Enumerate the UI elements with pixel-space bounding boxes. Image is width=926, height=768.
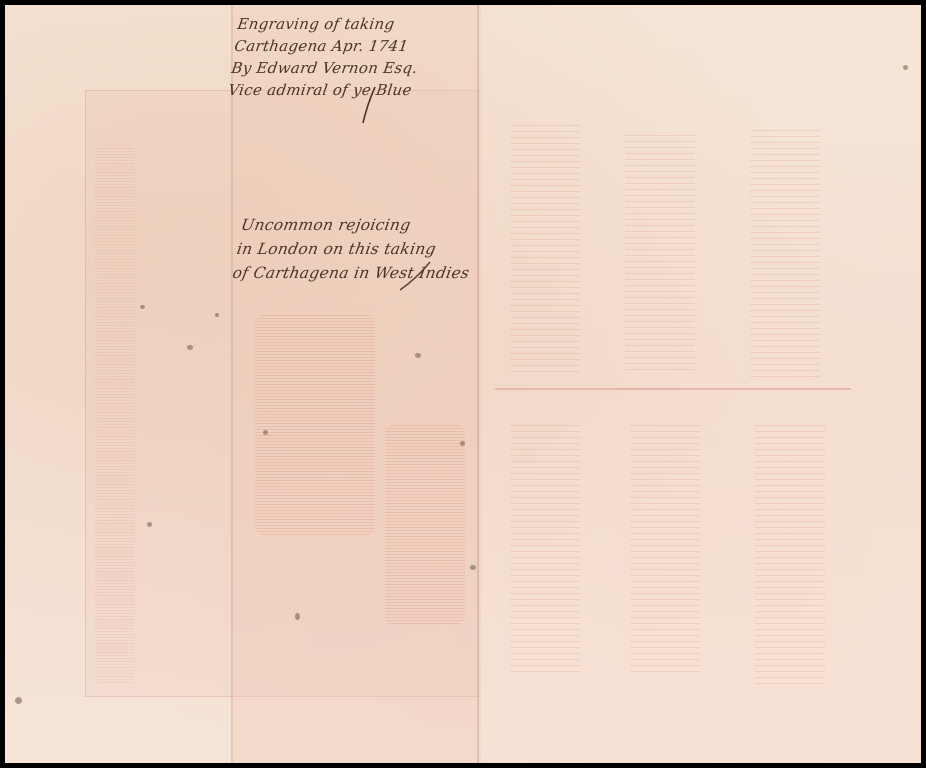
foxing-spot	[187, 345, 193, 350]
offset-print-edge	[95, 145, 135, 685]
foxing-spot	[460, 441, 465, 446]
foxing-spot	[15, 697, 22, 704]
manuscript-note-rejoicing: Uncommon rejoicing in London on this tak…	[231, 213, 480, 285]
fold-line-right-horizontal	[495, 388, 851, 390]
foxing-spot	[140, 305, 145, 309]
foxing-spot	[147, 522, 152, 527]
offset-text-column	[755, 425, 825, 685]
foxing-spot	[470, 565, 476, 570]
fold-line-center	[477, 5, 479, 763]
foxing-spot	[295, 613, 300, 620]
note-line: of Carthagena in West Indies	[231, 261, 472, 285]
note-line: By Edward Vernon Esq.	[230, 57, 419, 79]
foxing-spot	[263, 430, 268, 435]
offset-text-column	[625, 135, 695, 375]
note-line: Uncommon rejoicing	[239, 213, 480, 237]
offset-text-column	[630, 425, 700, 675]
pen-flourish-icon	[355, 85, 385, 125]
note-line: Engraving of taking	[236, 13, 425, 35]
offset-text-column	[510, 425, 580, 675]
foxing-spot	[415, 353, 421, 358]
fold-line-left	[231, 5, 233, 763]
note-line: Vice admiral of ye Blue	[227, 79, 416, 101]
document-sheet: Engraving of taking Carthagena Apr. 1741…	[5, 5, 921, 763]
foxing-spot	[215, 313, 219, 317]
offset-print-area	[255, 315, 375, 535]
offset-text-column	[750, 130, 820, 380]
offset-text-column	[510, 125, 580, 375]
manuscript-note-title: Engraving of taking Carthagena Apr. 1741…	[227, 13, 425, 101]
note-line: in London on this taking	[235, 237, 476, 261]
note-line: Carthagena Apr. 1741	[233, 35, 422, 57]
foxing-spot	[903, 65, 908, 70]
pen-flourish-icon	[395, 260, 435, 295]
offset-print-area	[385, 425, 465, 625]
